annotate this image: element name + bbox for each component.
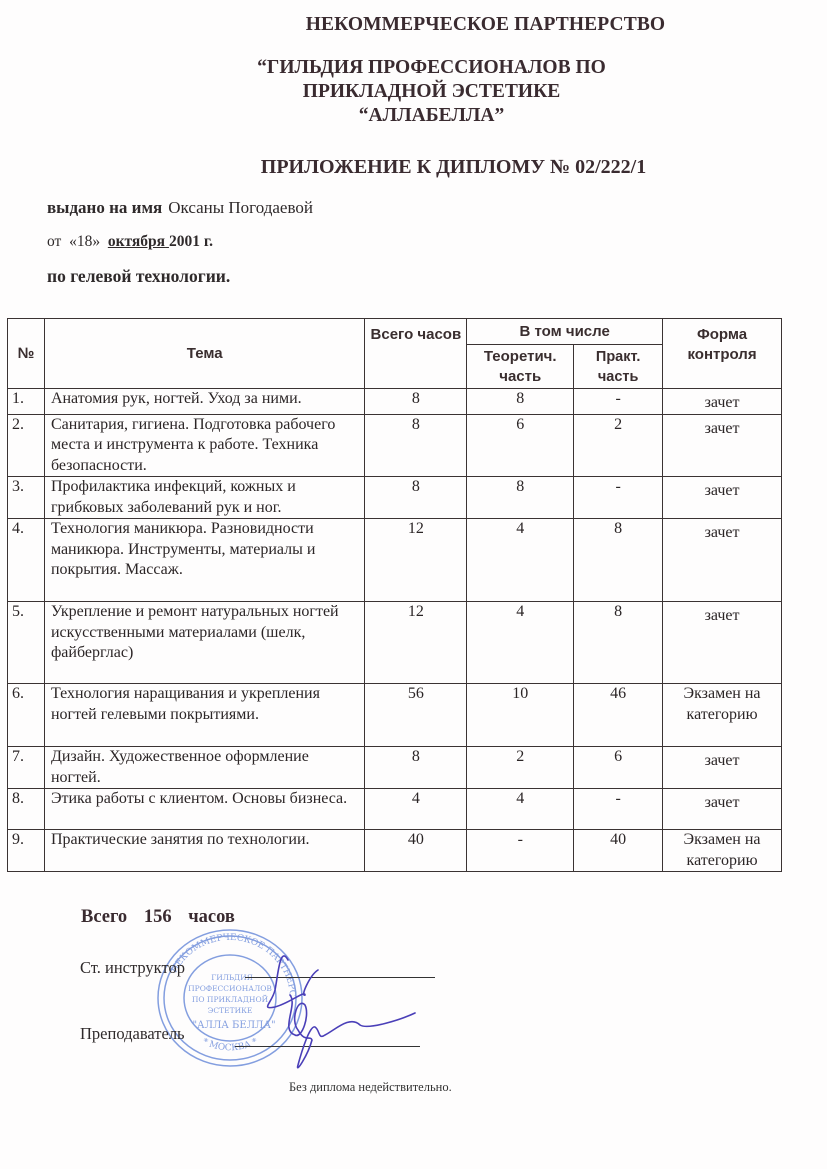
row-practice-hours: 2 [574,414,663,477]
row-total-hours: 56 [365,684,467,747]
table-row: 7.Дизайн. Художественное оформление ногт… [8,747,782,789]
row-topic: Укрепление и ремонт натуральных ногтей и… [44,602,365,684]
teacher-label: Преподаватель [80,1024,185,1044]
row-topic: Дизайн. Художественное оформление ногтей… [44,747,365,789]
row-practice-hours: - [574,389,663,415]
svg-text:ЭСТЕТИКЕ: ЭСТЕТИКЕ [208,1006,253,1015]
row-total-hours: 8 [365,747,467,789]
row-control-form: зачет [663,789,782,830]
row-total-hours: 12 [365,602,467,684]
row-control-form: Экзамен на категорию [663,684,782,747]
header-control-form: Форма контроля [663,319,782,389]
curriculum-table: № Тема Всего часов В том числе Форма кон… [7,318,782,872]
date-day: «18» [69,233,100,250]
issued-to-label: выдано на имя [47,198,162,217]
row-practice-hours: 6 [574,747,663,789]
guild-name-line-2: ПРИКЛАДНОЙ ЭСТЕТИКЕ [18,80,827,104]
table-row: 2.Санитария, гигиена. Подготовка рабочег… [8,414,782,477]
row-number: 7. [8,747,45,789]
row-theory-hours: 8 [467,477,574,519]
validity-footnote: Без диплома недействительно. [289,1080,452,1095]
row-practice-hours: - [574,789,663,830]
row-control-form: зачет [663,414,782,477]
row-theory-hours: 8 [467,389,574,415]
row-topic: Этика работы с клиентом. Основы бизнеса. [44,789,365,830]
date-month: октября [108,233,169,250]
header-practice: Практ. часть [574,345,663,389]
guild-name: “ГИЛЬДИЯ ПРОФЕССИОНАЛОВ ПО ПРИКЛАДНОЙ ЭС… [18,56,827,128]
row-practice-hours: 8 [574,519,663,602]
header-including: В том числе [467,319,663,345]
curriculum-table-body: 1.Анатомия рук, ногтей. Уход за ними.88-… [8,389,782,872]
row-practice-hours: - [574,477,663,519]
table-row: 6.Технология наращивания и укрепления но… [8,684,782,747]
annex-title: ПРИЛОЖЕНИЕ К ДИПЛОМУ № 02/222/1 [40,156,827,179]
handwritten-signature-icon [250,935,425,1080]
table-row: 3.Профилактика инфекций, кожных и грибко… [8,477,782,519]
senior-instructor-label: Ст. инструктор [80,958,185,978]
row-theory-hours: 10 [467,684,574,747]
row-topic: Технология наращивания и укрепления ногт… [44,684,365,747]
row-control-form: Экзамен на категорию [663,830,782,872]
row-control-form: зачет [663,477,782,519]
row-topic: Практические занятия по технологии. [44,830,365,872]
row-number: 3. [8,477,45,519]
row-topic: Санитария, гигиена. Подготовка рабочего … [44,414,365,477]
guild-name-line-3: “АЛЛАБЕЛЛА” [18,104,827,128]
course-subject: по гелевой технологии. [47,266,230,287]
row-control-form: зачет [663,602,782,684]
table-row: 8.Этика работы с клиентом. Основы бизнес… [8,789,782,830]
row-total-hours: 4 [365,789,467,830]
row-number: 2. [8,414,45,477]
table-row: 1.Анатомия рук, ногтей. Уход за ними.88-… [8,389,782,415]
row-number: 6. [8,684,45,747]
diploma-annex-page: НЕКОММЕРЧЕСКОЕ ПАРТНЕРСТВО “ГИЛЬДИЯ ПРОФ… [0,0,827,1169]
row-topic: Анатомия рук, ногтей. Уход за ними. [44,389,365,415]
row-total-hours: 40 [365,830,467,872]
row-practice-hours: 8 [574,602,663,684]
row-control-form: зачет [663,747,782,789]
issue-date: от «18» октября 2001 г. [47,233,213,251]
header-theory: Теоретич. часть [467,345,574,389]
row-theory-hours: 6 [467,414,574,477]
row-practice-hours: 40 [574,830,663,872]
row-theory-hours: - [467,830,574,872]
row-theory-hours: 2 [467,747,574,789]
row-total-hours: 12 [365,519,467,602]
recipient-name: Оксаны Погодаевой [168,198,313,217]
row-control-form: зачет [663,519,782,602]
row-theory-hours: 4 [467,602,574,684]
row-total-hours: 8 [365,389,467,415]
row-total-hours: 8 [365,414,467,477]
date-year: 2001 г. [169,233,213,250]
row-number: 9. [8,830,45,872]
row-topic: Профилактика инфекций, кожных и грибковы… [44,477,365,519]
row-theory-hours: 4 [467,789,574,830]
row-practice-hours: 46 [574,684,663,747]
date-month-text: октября [108,233,165,250]
row-control-form: зачет [663,389,782,415]
header-topic: Тема [44,319,365,389]
table-row: 5.Укрепление и ремонт натуральных ногтей… [8,602,782,684]
row-topic: Технология маникюра. Разновидности маник… [44,519,365,602]
guild-name-line-1: “ГИЛЬДИЯ ПРОФЕССИОНАЛОВ ПО [18,56,827,80]
total-label: Всего [81,907,127,927]
header-number: № [8,319,45,389]
organization-title: НЕКОММЕРЧЕСКОЕ ПАРТНЕРСТВО [72,14,827,36]
issued-to: выдано на имяОксаны Погодаевой [47,198,313,218]
row-theory-hours: 4 [467,519,574,602]
row-total-hours: 8 [365,477,467,519]
row-number: 8. [8,789,45,830]
row-number: 4. [8,519,45,602]
row-number: 5. [8,602,45,684]
table-row: 4.Технология маникюра. Разновидности ман… [8,519,782,602]
header-total-hours: Всего часов [365,319,467,389]
date-prefix: от [47,233,61,250]
row-number: 1. [8,389,45,415]
table-row: 9.Практические занятия по технологии.40-… [8,830,782,872]
